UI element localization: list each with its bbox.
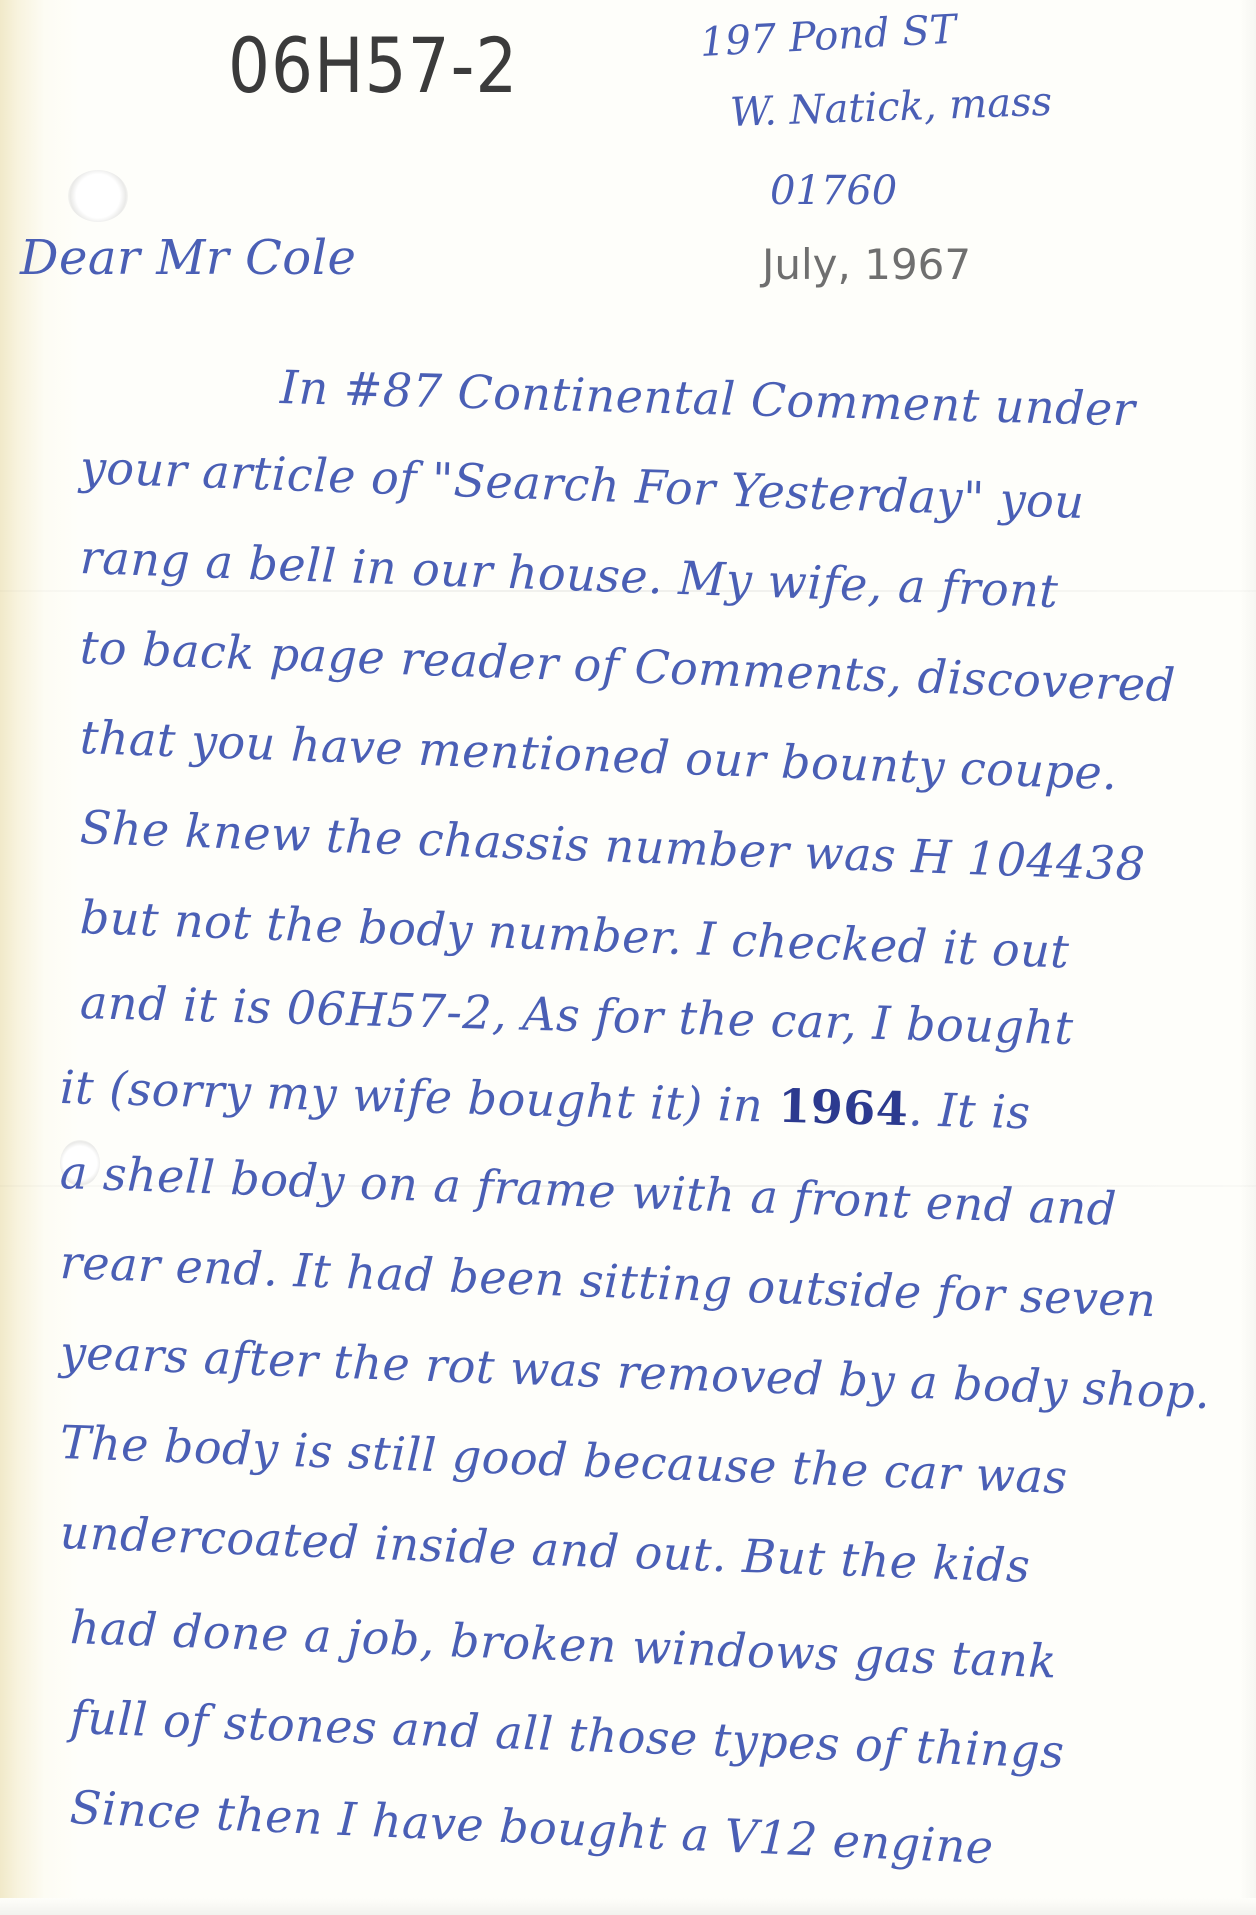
paper-smudge: [68, 170, 128, 222]
salutation: Dear Mr Cole: [20, 230, 356, 286]
address-zip: 01760: [770, 168, 897, 214]
body-line-9-suffix: . It is: [908, 1082, 1032, 1139]
letter-date: July, 1967: [762, 240, 971, 289]
purchase-year: 1964: [778, 1079, 909, 1136]
page-bottom-edge: [0, 1898, 1256, 1915]
stamped-body-number: 06H57-2: [228, 22, 518, 111]
